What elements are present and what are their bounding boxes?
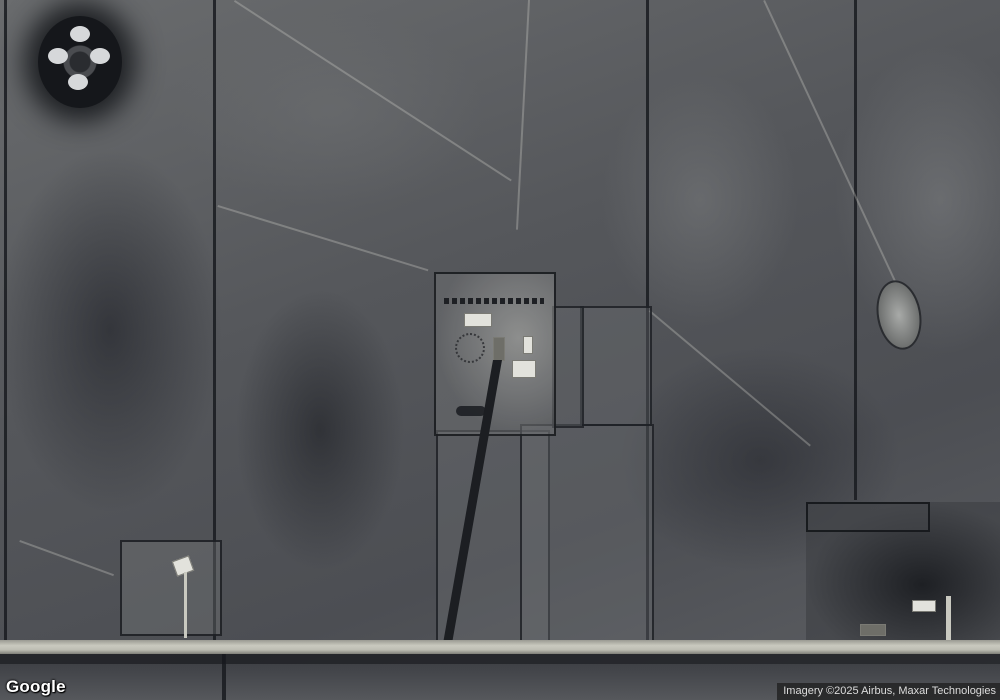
lane [946,596,951,642]
tank-segment [90,48,110,64]
dirt-track [649,310,811,447]
shadow-patch [456,406,486,416]
lane [184,572,187,638]
dirt-track [217,205,428,271]
building [523,336,533,354]
building [860,624,886,636]
imagery-attribution: Imagery ©2025 Airbus, Maxar Technologies [777,683,1000,700]
pasture-field [520,424,654,642]
field-boundary [4,0,7,640]
field-boundary [222,654,226,700]
building [493,337,505,361]
shed-parcel [120,540,222,636]
tank-segment [68,74,88,90]
building [512,360,536,378]
round-pen [455,333,485,363]
pasture-field [552,306,584,428]
google-logo: Google [6,677,66,697]
dirt-track [234,0,512,181]
tank-segment [48,48,68,64]
homestead-fence [806,502,930,532]
satellite-map[interactable]: Google Imagery ©2025 Airbus, Maxar Techn… [0,0,1000,700]
road [0,640,1000,654]
pond [871,277,926,354]
building [464,313,492,327]
dirt-track [763,0,900,291]
tank-segment [70,26,90,42]
tree-row [444,298,544,304]
building [912,600,936,612]
dirt-track [516,0,530,230]
dirt-track [19,540,114,576]
pasture-field [580,306,652,426]
road-shadow [0,654,1000,664]
field-boundary [854,0,857,500]
